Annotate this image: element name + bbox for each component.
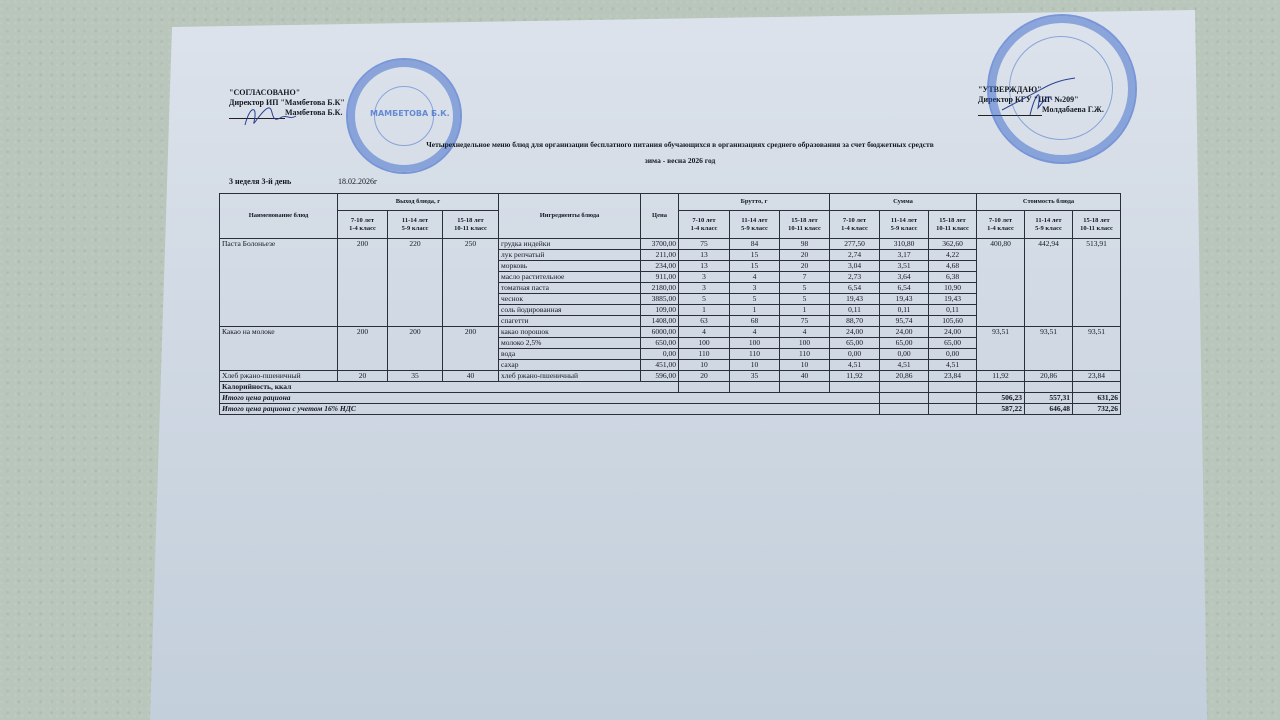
ingredient-sum: 0,11: [929, 305, 977, 316]
week-day: 3 неделя 3-й день: [229, 177, 291, 187]
dish-name: Хлеб ржано-пшеничный: [220, 371, 338, 382]
ingredient-sum: 4,68: [929, 261, 977, 272]
table-row: Какао на молоке200200200какао порошок600…: [220, 327, 1121, 338]
dish-cost: 23,84: [1073, 371, 1121, 382]
ingredient-price: 6000,00: [641, 327, 679, 338]
ingredient-name: хлеб ржано-пшеничный: [499, 371, 641, 382]
ingredient-sum: 20,86: [880, 371, 929, 382]
header-gross: Брутто, г: [679, 194, 830, 211]
ingredient-sum: 4,51: [830, 360, 880, 371]
ingredient-price: 596,00: [641, 371, 679, 382]
ingredient-gross: 100: [679, 338, 730, 349]
dish-yield: 200: [388, 327, 443, 371]
header-gross-age-0: 7-10 лет1-4 класс: [679, 211, 730, 239]
ingredient-name: вода: [499, 349, 641, 360]
ingredient-sum: 19,43: [830, 294, 880, 305]
calories-cell: [929, 382, 977, 393]
ingredient-price: 3885,00: [641, 294, 679, 305]
calories-cell: [880, 382, 929, 393]
dish-cost: 93,51: [1025, 327, 1073, 371]
ingredient-gross: 13: [679, 261, 730, 272]
ingredient-sum: 2,74: [830, 250, 880, 261]
total-vat-row: Итого цена рациона с учетом 16% НДС587,2…: [220, 404, 1121, 415]
header-yield-age-1: 11-14 лет5-9 класс: [388, 211, 443, 239]
total-row-value: 631,26: [1073, 393, 1121, 404]
ingredient-gross: 68: [730, 316, 780, 327]
ingredient-gross: 10: [679, 360, 730, 371]
ingredient-sum: 24,00: [880, 327, 929, 338]
ingredient-name: соль йодированная: [499, 305, 641, 316]
dish-yield: 20: [338, 371, 388, 382]
ingredient-sum: 0,11: [880, 305, 929, 316]
ingredient-sum: 10,90: [929, 283, 977, 294]
header-sum-age-1: 11-14 лет5-9 класс: [880, 211, 929, 239]
ingredient-name: молоко 2,5%: [499, 338, 641, 349]
ingredient-sum: 4,51: [880, 360, 929, 371]
dish-yield: 200: [443, 327, 499, 371]
ingredient-gross: 10: [730, 360, 780, 371]
ingredient-sum: 0,11: [830, 305, 880, 316]
ingredient-gross: 63: [679, 316, 730, 327]
dish-yield: 200: [338, 327, 388, 371]
ingredient-gross: 75: [780, 316, 830, 327]
signature-left-icon: [240, 100, 300, 130]
total-row-empty: [880, 393, 929, 404]
dish-cost: 20,86: [1025, 371, 1073, 382]
ingredient-sum: 19,43: [929, 294, 977, 305]
ingredient-gross: 4: [730, 272, 780, 283]
dish-name: Паста Болоньезе: [220, 239, 338, 327]
header-dish-name: Наименование блюд: [220, 194, 338, 239]
menu-table: Наименование блюд Выход блюда, г Ингреди…: [219, 193, 1121, 415]
total-vat-row-value: 646,48: [1025, 404, 1073, 415]
ingredient-price: 1408,00: [641, 316, 679, 327]
dish-name: Какао на молоке: [220, 327, 338, 371]
header-cost-age-2: 15-18 лет10-11 класс: [1073, 211, 1121, 239]
dish-yield: 40: [443, 371, 499, 382]
ingredient-gross: 5: [780, 294, 830, 305]
ingredient-price: 0,00: [641, 349, 679, 360]
ingredient-gross: 5: [780, 283, 830, 294]
total-vat-row-empty: [929, 404, 977, 415]
header-sum: Сумма: [830, 194, 977, 211]
ingredient-sum: 4,22: [929, 250, 977, 261]
ingredient-sum: 0,00: [830, 349, 880, 360]
ingredient-sum: 65,00: [929, 338, 977, 349]
total-vat-row-value: 587,22: [977, 404, 1025, 415]
menu-document: "СОГЛАСОВАНО" Директор ИП "Мамбетова Б.К…: [0, 0, 1280, 720]
ingredient-name: лук репчатый: [499, 250, 641, 261]
dish-cost: 93,51: [977, 327, 1025, 371]
calories-cell: [1073, 382, 1121, 393]
calories-cell: [830, 382, 880, 393]
ingredient-sum: 11,92: [830, 371, 880, 382]
header-cost-age-0: 7-10 лет1-4 класс: [977, 211, 1025, 239]
dish-cost: 442,94: [1025, 239, 1073, 327]
dish-yield: 200: [338, 239, 388, 327]
header-cost-age-1: 11-14 лет5-9 класс: [1025, 211, 1073, 239]
ingredient-gross: 5: [730, 294, 780, 305]
ingredient-gross: 15: [730, 250, 780, 261]
ingredient-gross: 84: [730, 239, 780, 250]
ingredient-price: 2180,00: [641, 283, 679, 294]
header-gross-age-2: 15-18 лет10-11 класс: [780, 211, 830, 239]
ingredient-name: морковь: [499, 261, 641, 272]
total-vat-row-value: 732,26: [1073, 404, 1121, 415]
ingredient-gross: 1: [679, 305, 730, 316]
ingredient-gross: 40: [780, 371, 830, 382]
ingredient-gross: 1: [780, 305, 830, 316]
document-title: Четырехнедельное меню блюд для организац…: [200, 140, 1160, 149]
ingredient-price: 451,00: [641, 360, 679, 371]
total-vat-row-label: Итого цена рациона с учетом 16% НДС: [220, 404, 880, 415]
ingredient-sum: 19,43: [880, 294, 929, 305]
ingredient-price: 650,00: [641, 338, 679, 349]
ingredient-price: 234,00: [641, 261, 679, 272]
dish-yield: 250: [443, 239, 499, 327]
table-row: Хлеб ржано-пшеничный203540хлеб ржано-пше…: [220, 371, 1121, 382]
dish-yield: 220: [388, 239, 443, 327]
ingredient-gross: 13: [679, 250, 730, 261]
ingredient-sum: 277,50: [830, 239, 880, 250]
header-dish-cost: Стоимость блюда: [977, 194, 1121, 211]
document-subtitle: зима - весна 2026 год: [200, 156, 1160, 165]
calories-cell: [730, 382, 780, 393]
total-vat-row-empty: [880, 404, 929, 415]
total-row-value: 506,23: [977, 393, 1025, 404]
ingredient-gross: 110: [730, 349, 780, 360]
header-sum-age-0: 7-10 лет1-4 класс: [830, 211, 880, 239]
ingredient-gross: 35: [730, 371, 780, 382]
ingredient-gross: 5: [679, 294, 730, 305]
ingredient-sum: 88,70: [830, 316, 880, 327]
calories-cell: [780, 382, 830, 393]
ingredient-sum: 6,54: [830, 283, 880, 294]
ingredient-gross: 15: [730, 261, 780, 272]
ingredient-sum: 0,00: [929, 349, 977, 360]
ingredient-price: 211,00: [641, 250, 679, 261]
ingredient-gross: 100: [780, 338, 830, 349]
ingredient-sum: 3,64: [880, 272, 929, 283]
total-row-empty: [929, 393, 977, 404]
dish-cost: 400,80: [977, 239, 1025, 327]
ingredient-gross: 20: [780, 261, 830, 272]
header-yield: Выход блюда, г: [338, 194, 499, 211]
calories-cell: [679, 382, 730, 393]
ingredient-gross: 75: [679, 239, 730, 250]
header-yield-age-2: 15-18 лет10-11 класс: [443, 211, 499, 239]
ingredient-gross: 3: [730, 283, 780, 294]
ingredient-sum: 2,73: [830, 272, 880, 283]
header-ingredients: Ингредиенты блюда: [499, 194, 641, 239]
ingredient-sum: 4,51: [929, 360, 977, 371]
ingredient-gross: 100: [730, 338, 780, 349]
menu-date: 18.02.2026г: [338, 177, 377, 187]
approval-left-label: "СОГЛАСОВАНО": [229, 88, 345, 98]
ingredient-sum: 23,84: [929, 371, 977, 382]
ingredient-price: 911,00: [641, 272, 679, 283]
ingredient-sum: 95,74: [880, 316, 929, 327]
ingredient-gross: 110: [679, 349, 730, 360]
total-row: Итого цена рациона506,23557,31631,26: [220, 393, 1121, 404]
ingredient-price: 109,00: [641, 305, 679, 316]
ingredient-name: спагетти: [499, 316, 641, 327]
ingredient-sum: 105,60: [929, 316, 977, 327]
ingredient-sum: 24,00: [929, 327, 977, 338]
total-row-label: Итого цена рациона: [220, 393, 880, 404]
ingredient-sum: 24,00: [830, 327, 880, 338]
ingredient-sum: 6,54: [880, 283, 929, 294]
ingredient-sum: 362,60: [929, 239, 977, 250]
ingredient-sum: 3,17: [880, 250, 929, 261]
ingredient-gross: 7: [780, 272, 830, 283]
ingredient-name: какао порошок: [499, 327, 641, 338]
calories-row: Калорийность, ккал: [220, 382, 1121, 393]
ingredient-gross: 20: [679, 371, 730, 382]
ingredient-sum: 310,80: [880, 239, 929, 250]
ingredient-gross: 110: [780, 349, 830, 360]
ingredient-sum: 6,38: [929, 272, 977, 283]
ingredient-gross: 4: [730, 327, 780, 338]
dish-cost: 513,91: [1073, 239, 1121, 327]
ingredient-name: чеснок: [499, 294, 641, 305]
ingredient-price: 3700,00: [641, 239, 679, 250]
ingredient-gross: 4: [679, 327, 730, 338]
ingredient-name: масло растительное: [499, 272, 641, 283]
header-sum-age-2: 15-18 лет10-11 класс: [929, 211, 977, 239]
ingredient-gross: 20: [780, 250, 830, 261]
total-row-value: 557,31: [1025, 393, 1073, 404]
ingredient-sum: 0,00: [880, 349, 929, 360]
calories-cell: [977, 382, 1025, 393]
header-price: Цена: [641, 194, 679, 239]
ingredient-gross: 10: [780, 360, 830, 371]
dish-cost: 11,92: [977, 371, 1025, 382]
ingredient-gross: 4: [780, 327, 830, 338]
dish-yield: 35: [388, 371, 443, 382]
calories-label: Калорийность, ккал: [220, 382, 679, 393]
header-gross-age-1: 11-14 лет5-9 класс: [730, 211, 780, 239]
dish-cost: 93,51: [1073, 327, 1121, 371]
ingredient-name: грудка индейки: [499, 239, 641, 250]
ingredient-name: томатная паста: [499, 283, 641, 294]
ingredient-gross: 3: [679, 272, 730, 283]
ingredient-gross: 1: [730, 305, 780, 316]
ingredient-sum: 3,04: [830, 261, 880, 272]
ingredient-gross: 3: [679, 283, 730, 294]
header-yield-age-0: 7-10 лет1-4 класс: [338, 211, 388, 239]
ingredient-sum: 65,00: [880, 338, 929, 349]
calories-cell: [1025, 382, 1073, 393]
ingredient-gross: 98: [780, 239, 830, 250]
ingredient-sum: 3,51: [880, 261, 929, 272]
table-row: Паста Болоньезе200220250грудка индейки37…: [220, 239, 1121, 250]
ingredient-name: сахар: [499, 360, 641, 371]
ingredient-sum: 65,00: [830, 338, 880, 349]
